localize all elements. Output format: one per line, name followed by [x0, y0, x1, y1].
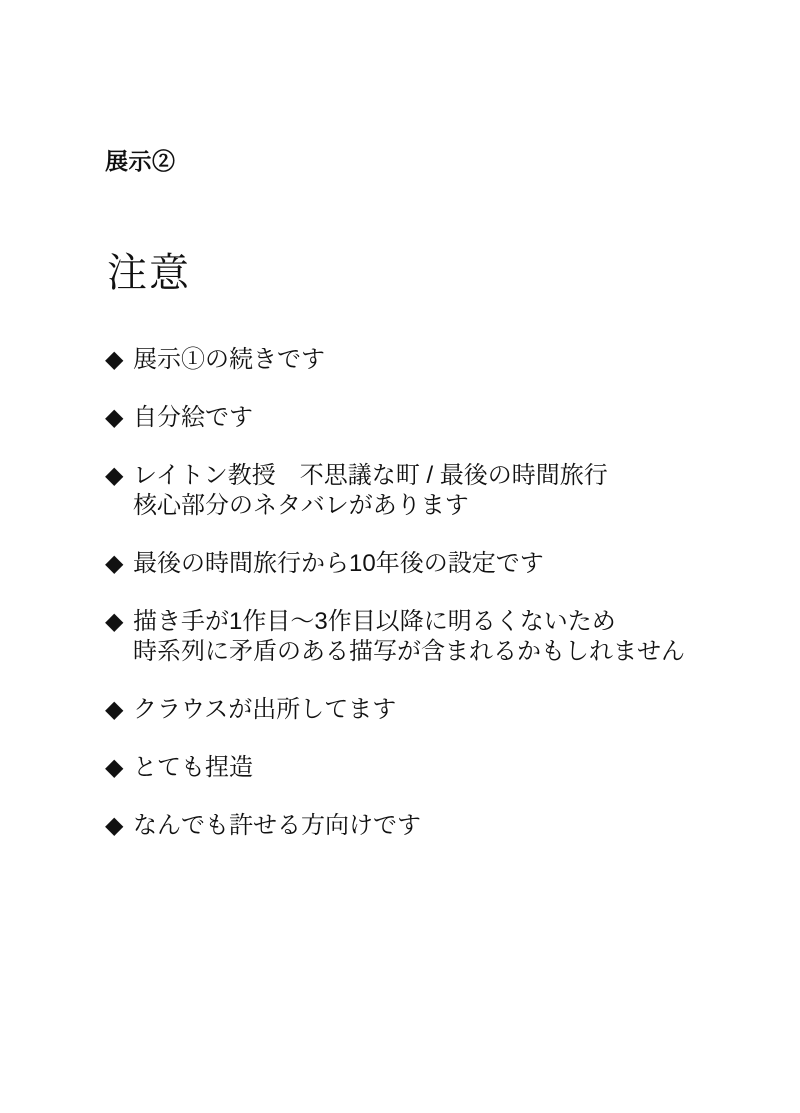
notice-text: レイトン教授 不思議な町 / 最後の時間旅行 核心部分のネタバレがあります: [133, 461, 740, 521]
notice-line: なんでも許せる方向けです: [133, 811, 740, 841]
diamond-bullet-icon: ◆: [105, 345, 133, 375]
notice-list: ◆ 展示①の続きです ◆ 自分絵です ◆ レイトン教授 不思議な町 / 最後の時…: [105, 345, 740, 841]
notice-text: クラウスが出所してます: [133, 695, 740, 725]
diamond-bullet-icon: ◆: [105, 607, 133, 637]
notice-item: ◆ なんでも許せる方向けです: [105, 811, 740, 841]
notice-page: 展示② 注意 ◆ 展示①の続きです ◆ 自分絵です ◆ レイトン教授 不思議な町…: [0, 0, 800, 1113]
notice-line: レイトン教授 不思議な町 / 最後の時間旅行: [133, 461, 740, 491]
notice-text: とても捏造: [133, 753, 740, 783]
diamond-bullet-icon: ◆: [105, 461, 133, 491]
notice-text: 描き手が1作目〜3作目以降に明るくないため 時系列に矛盾のある描写が含まれるかも…: [133, 607, 740, 667]
notice-item: ◆ 描き手が1作目〜3作目以降に明るくないため 時系列に矛盾のある描写が含まれる…: [105, 607, 740, 667]
notice-line: 展示①の続きです: [133, 345, 740, 375]
diamond-bullet-icon: ◆: [105, 549, 133, 579]
diamond-bullet-icon: ◆: [105, 695, 133, 725]
notice-item: ◆ クラウスが出所してます: [105, 695, 740, 725]
notice-line: 核心部分のネタバレがあります: [133, 491, 740, 521]
notice-line: 自分絵です: [133, 403, 740, 433]
page-title: 注意: [107, 253, 740, 293]
diamond-bullet-icon: ◆: [105, 811, 133, 841]
notice-item: ◆ 自分絵です: [105, 403, 740, 433]
notice-text: なんでも許せる方向けです: [133, 811, 740, 841]
diamond-bullet-icon: ◆: [105, 403, 133, 433]
notice-line: 描き手が1作目〜3作目以降に明るくないため: [133, 607, 740, 637]
notice-text: 最後の時間旅行から10年後の設定です: [133, 549, 740, 579]
notice-item: ◆ とても捏造: [105, 753, 740, 783]
notice-line: とても捏造: [133, 753, 740, 783]
notice-item: ◆ 展示①の続きです: [105, 345, 740, 375]
exhibit-label: 展示②: [105, 150, 740, 173]
notice-line: 時系列に矛盾のある描写が含まれるかもしれません: [133, 637, 740, 667]
notice-text: 自分絵です: [133, 403, 740, 433]
notice-item: ◆ 最後の時間旅行から10年後の設定です: [105, 549, 740, 579]
notice-text: 展示①の続きです: [133, 345, 740, 375]
notice-item: ◆ レイトン教授 不思議な町 / 最後の時間旅行 核心部分のネタバレがあります: [105, 461, 740, 521]
notice-line: 最後の時間旅行から10年後の設定です: [133, 549, 740, 579]
notice-line: クラウスが出所してます: [133, 695, 740, 725]
diamond-bullet-icon: ◆: [105, 753, 133, 783]
